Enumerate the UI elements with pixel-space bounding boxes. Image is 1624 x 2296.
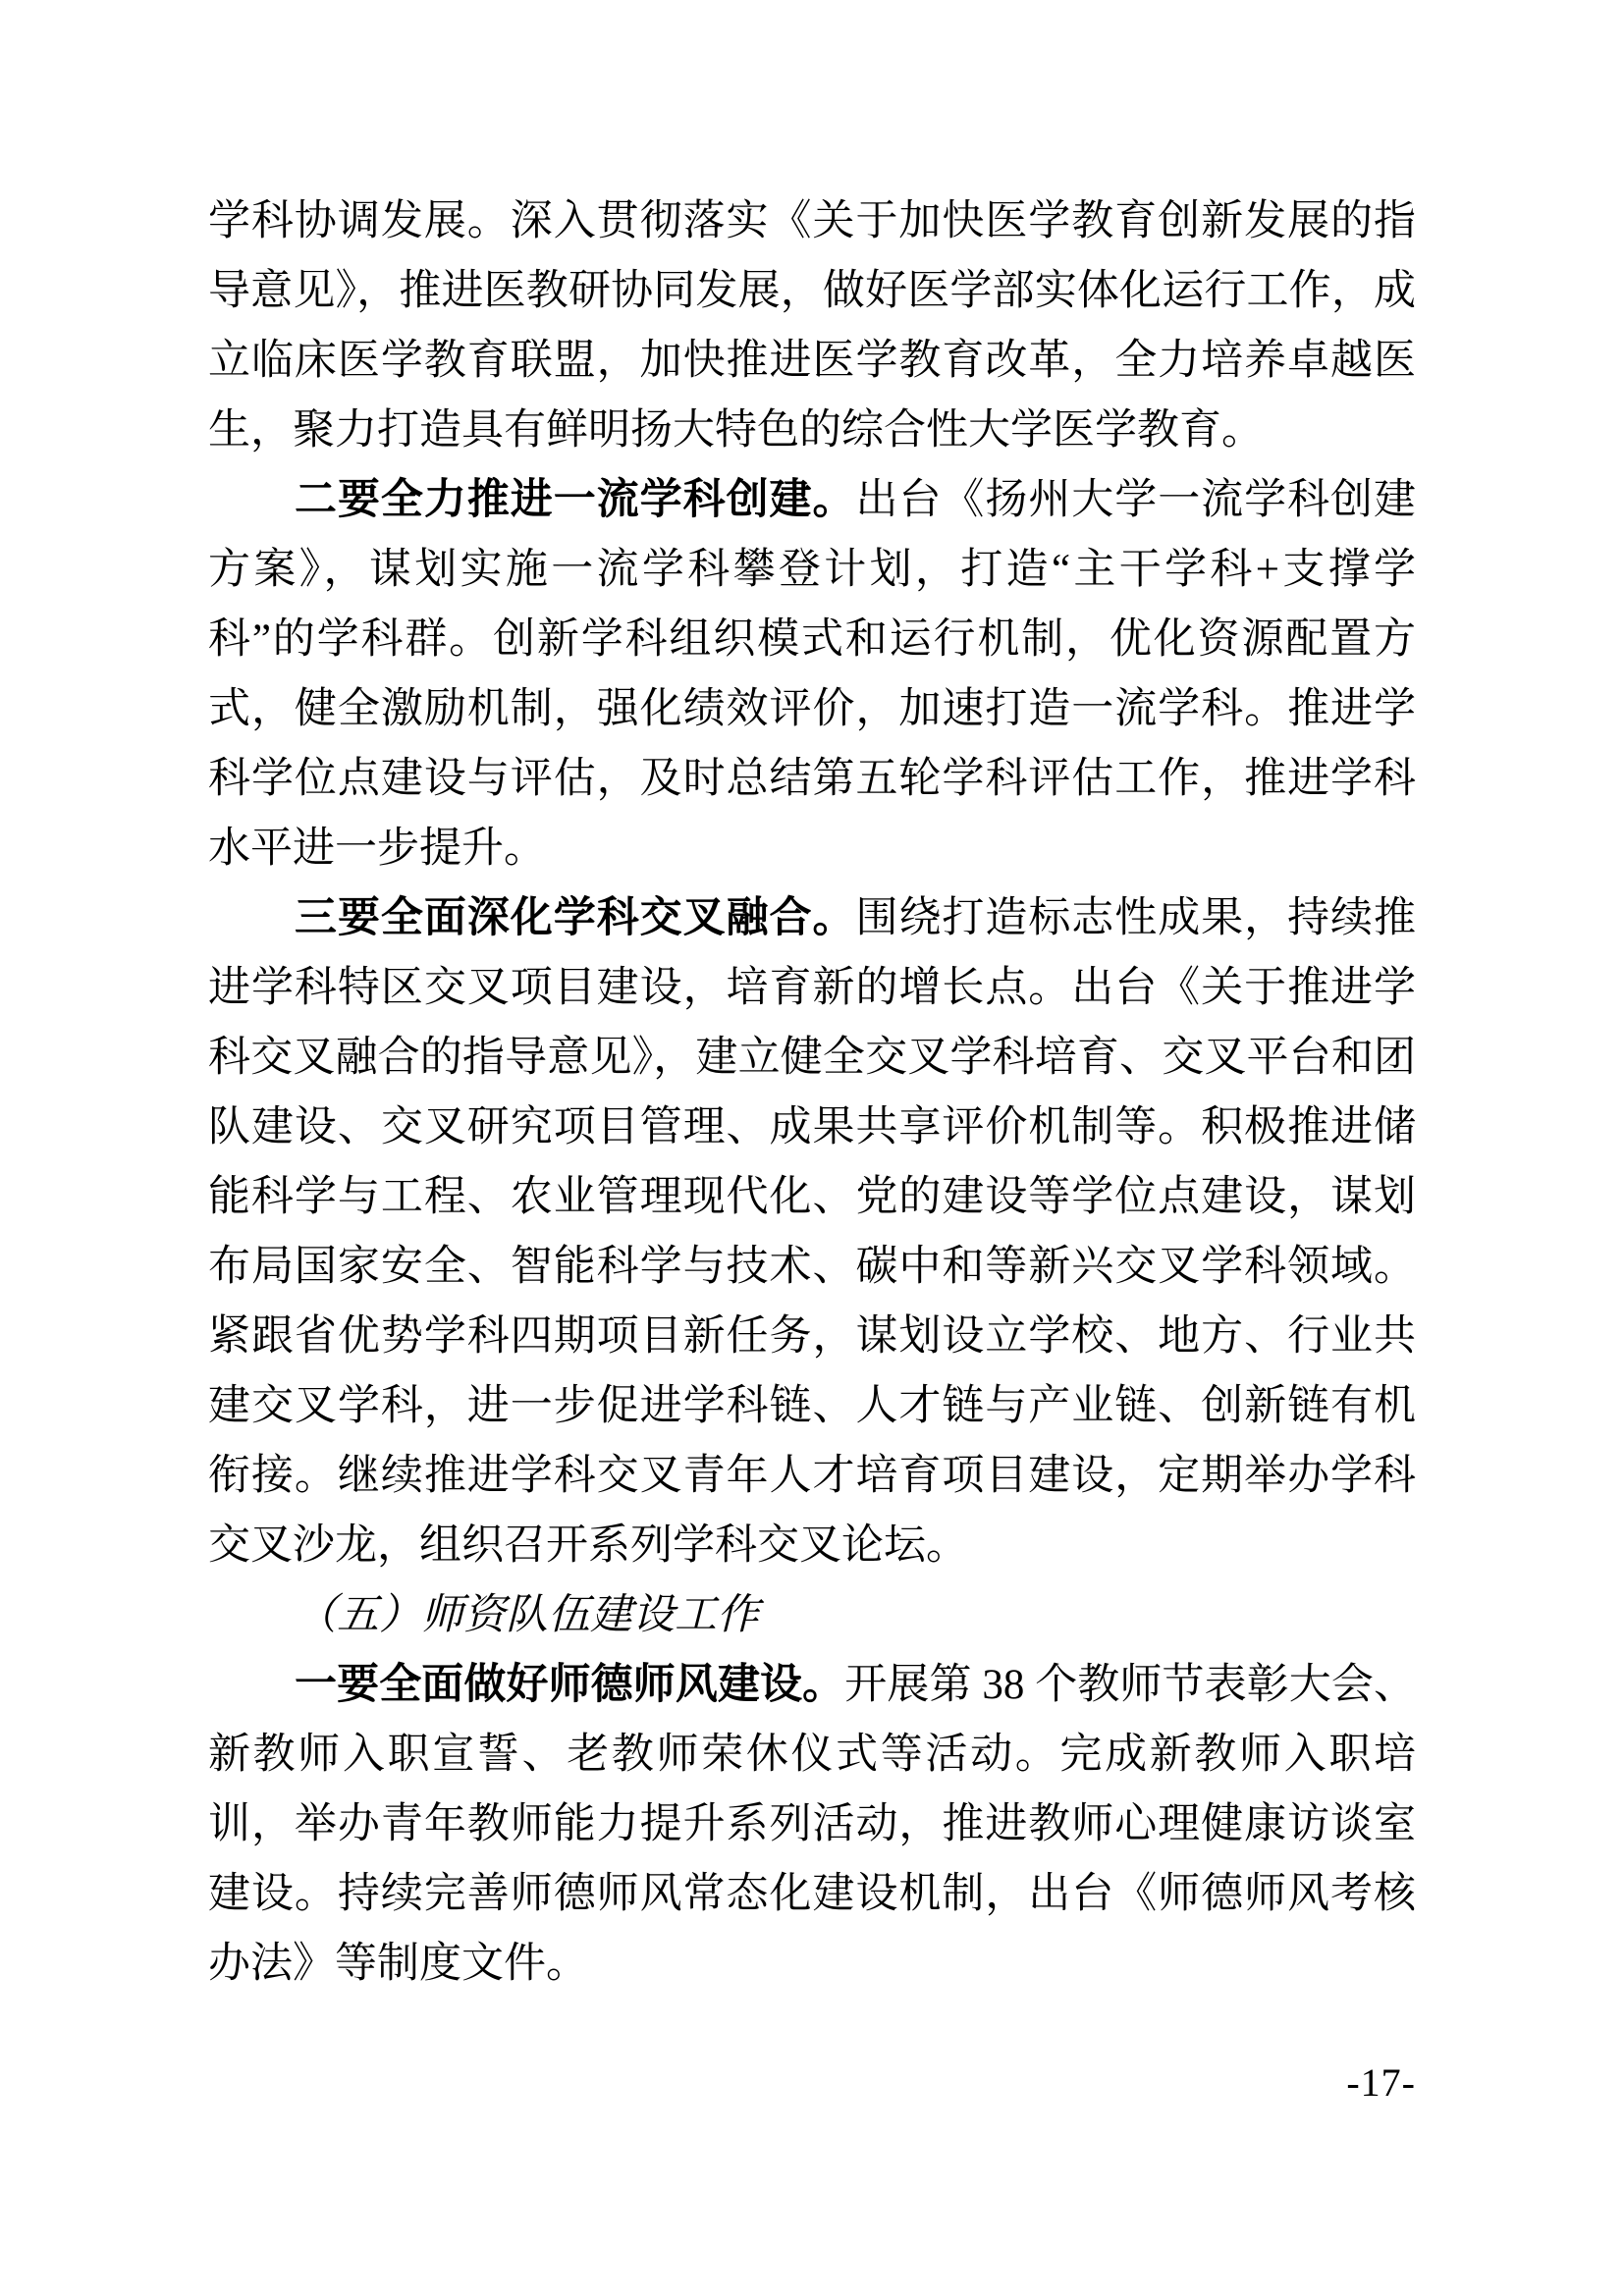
text-run-bold: 三要全面深化学科交叉融合。 bbox=[295, 894, 855, 941]
text-run-bold: 二要全力推进一流学科创建。 bbox=[295, 476, 855, 523]
text-run-normal: 围绕打造标志性成果，持续推进学科特区交叉项目建设，培育新的增长点。出台《关于推进… bbox=[208, 895, 1416, 1569]
paragraph: 学科协调发展。深入贯彻落实《关于加快医学教育创新发展的指导意见》，推进医教研协同… bbox=[208, 187, 1416, 465]
paragraph: 一要全面做好师德师风建设。开展第 38 个教师节表彰大会、新教师入职宣誓、老教师… bbox=[208, 1650, 1416, 1999]
text-run-normal: 学科协调发展。深入贯彻落实《关于加快医学教育创新发展的指导意见》，推进医教研协同… bbox=[208, 198, 1416, 454]
text-run-kai: （五）师资队伍建设工作 bbox=[295, 1592, 759, 1638]
paragraph: （五）师资队伍建设工作 bbox=[208, 1580, 1416, 1650]
document-body: 学科协调发展。深入贯彻落实《关于加快医学教育创新发展的指导意见》，推进医教研协同… bbox=[208, 187, 1416, 1999]
paragraph: 二要全力推进一流学科创建。出台《扬州大学一流学科创建方案》，谋划实施一流学科攀登… bbox=[208, 465, 1416, 883]
text-run-normal: 出台《扬州大学一流学科创建方案》，谋划实施一流学科攀登计划，打造“主干学科+支撑… bbox=[208, 477, 1416, 872]
page-number: -17- bbox=[1346, 2059, 1416, 2106]
paragraph: 三要全面深化学科交叉融合。围绕打造标志性成果，持续推进学科特区交叉项目建设，培育… bbox=[208, 883, 1416, 1580]
text-run-bold: 一要全面做好师德师风建设。 bbox=[295, 1661, 844, 1708]
text-run-normal: 开展第 38 个教师节表彰大会、新教师入职宣誓、老教师荣休仪式等活动。完成新教师… bbox=[208, 1662, 1416, 1987]
document-page: 学科协调发展。深入贯彻落实《关于加快医学教育创新发展的指导意见》，推进医教研协同… bbox=[0, 0, 1624, 2296]
